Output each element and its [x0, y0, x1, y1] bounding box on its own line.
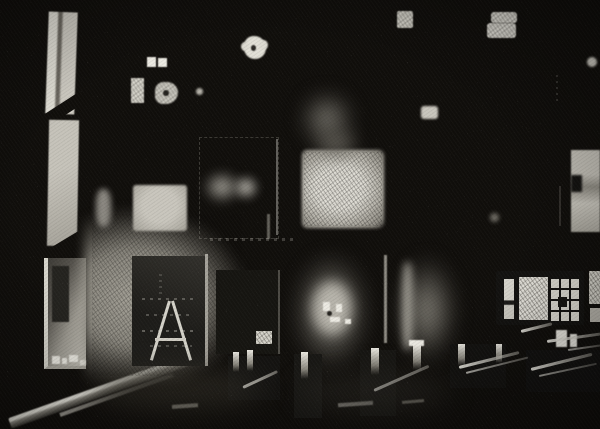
floor-reflection [92, 368, 262, 410]
door-panel [132, 256, 208, 366]
tiny-window-bar [131, 78, 144, 103]
ledge-object [52, 356, 60, 364]
right-sliver-pane-lower [590, 308, 600, 322]
floor-reflection [300, 372, 450, 412]
ladder-crossbar [155, 338, 186, 341]
left-mid-small-bar [96, 189, 111, 227]
irregular-window-lump [259, 40, 268, 50]
tiny-window [158, 58, 167, 67]
pew-post [247, 350, 253, 371]
small-window-spot [421, 106, 438, 119]
pew-post [413, 345, 421, 370]
door-graffiti-row [142, 330, 196, 332]
tiny-window-blob-shadow [163, 90, 169, 96]
altar-edge-highlight [345, 319, 351, 324]
right-sliver-pane-upper [589, 271, 600, 304]
stacked-window-upper [491, 12, 517, 23]
pew-post [371, 348, 379, 375]
pew-post [233, 352, 239, 372]
ledge-object [62, 358, 67, 364]
left-mid-square-window [133, 185, 187, 231]
altar-dark-dot [327, 311, 332, 316]
pew-post [496, 344, 502, 363]
gridded-window-narrow-pane [504, 279, 514, 319]
gridded-window-big-pane [519, 277, 548, 320]
tiny-window [147, 57, 156, 67]
niche-plaque [256, 331, 272, 344]
pew-post [458, 344, 465, 366]
faint-vertical-line [559, 186, 561, 226]
outlined-window-glow [232, 174, 260, 201]
altar-candle [323, 302, 330, 311]
altar-glow-right-streak [402, 262, 413, 350]
top-right-dot-window [587, 57, 597, 67]
left-slit-window-middle [47, 120, 79, 247]
stacked-window-lower [487, 23, 516, 38]
left-lower-window-dark-inset [52, 266, 69, 322]
tiny-window-speck [196, 88, 203, 95]
door-graffiti-row [146, 314, 194, 316]
door-frame-highlight [205, 254, 208, 366]
ledge-object [69, 355, 78, 362]
gridded-window-dark-pane [558, 297, 567, 307]
altar-edge-highlight [330, 317, 340, 322]
faint-drip-line [556, 75, 558, 103]
irregular-window-lump [241, 42, 249, 51]
altar-candle [336, 304, 342, 312]
altar-glow-core [313, 282, 351, 334]
pew-post [301, 352, 308, 379]
chapel-interior-photo [0, 0, 600, 429]
bright-square-window-texture [304, 152, 382, 226]
irregular-window-pit [251, 45, 256, 51]
door-graffiti-column [159, 274, 162, 298]
right-edge-patch-notch [571, 175, 582, 192]
glow-bridge [318, 132, 354, 156]
faint-wall-spot [490, 213, 499, 222]
top-square-window [397, 11, 413, 28]
outlined-window-right-edge [276, 139, 278, 235]
thin-column-highlight [384, 255, 387, 343]
